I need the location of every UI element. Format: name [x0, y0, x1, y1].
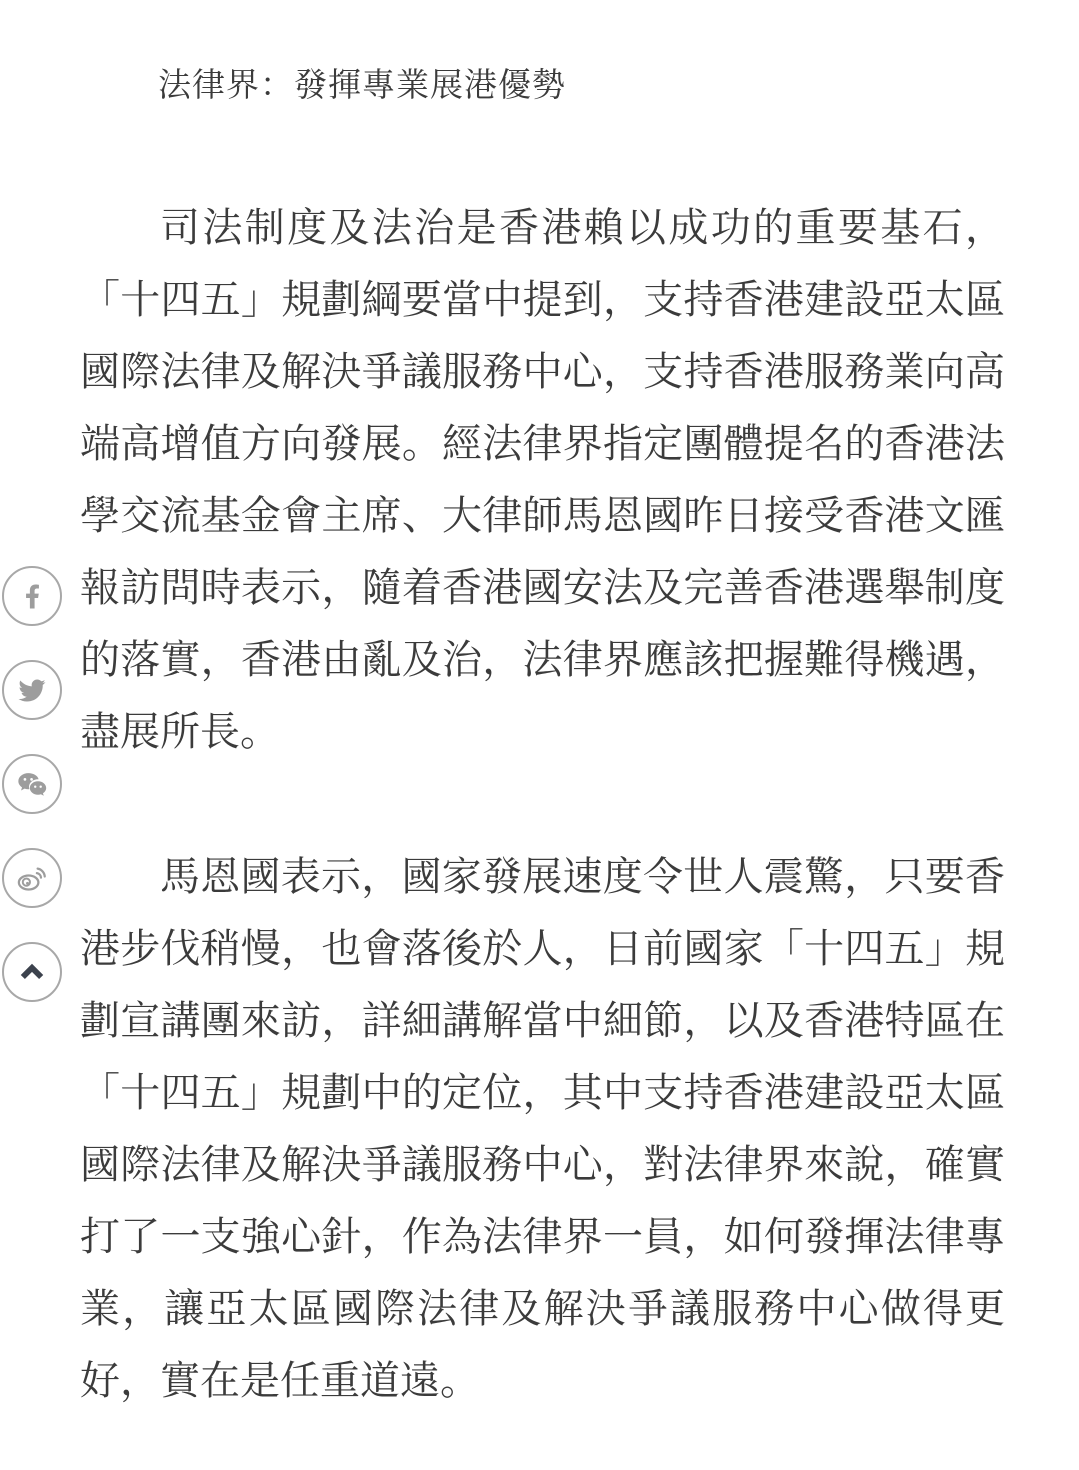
- weibo-icon: [14, 860, 50, 896]
- share-rail: [2, 566, 62, 1002]
- text-line: 盡展所長。: [80, 696, 1005, 768]
- article: 法律界：發揮專業展港優勢 司法制度及法治是香港賴以成功的重要基石，「十四五」規劃…: [80, 62, 1005, 1417]
- text-line: 報訪問時表示，隨着香港國安法及完善香港選舉制度: [80, 552, 1005, 624]
- text-line: 司法制度及法治是香港賴以成功的重要基石，: [80, 192, 1005, 264]
- article-paragraphs: 司法制度及法治是香港賴以成功的重要基石，「十四五」規劃綱要當中提到，支持香港建設…: [80, 192, 1005, 1417]
- back-to-top-button[interactable]: [2, 942, 62, 1002]
- text-line: 的落實，香港由亂及治，法律界應該把握難得機遇，: [80, 624, 1005, 696]
- article-heading: 法律界：發揮專業展港優勢: [80, 62, 1005, 108]
- paragraph: 司法制度及法治是香港賴以成功的重要基石，「十四五」規劃綱要當中提到，支持香港建設…: [80, 192, 1005, 768]
- share-twitter-button[interactable]: [2, 660, 62, 720]
- text-line: 業，讓亞太區國際法律及解決爭議服務中心做得更: [80, 1273, 1005, 1345]
- paragraph: 馬恩國表示，國家發展速度令世人震驚，只要香港步伐稍慢，也會落後於人，日前國家「十…: [80, 841, 1005, 1417]
- facebook-icon: [25, 584, 40, 609]
- share-facebook-button[interactable]: [2, 566, 62, 626]
- text-line: 學交流基金會主席、大律師馬恩國昨日接受香港文匯: [80, 480, 1005, 552]
- text-line: 端高增值方向發展。經法律界指定團體提名的香港法: [80, 408, 1005, 480]
- text-line: 好，實在是任重道遠。: [80, 1345, 1005, 1417]
- text-line: 打了一支強心針，作為法律界一員，如何發揮法律專: [80, 1201, 1005, 1273]
- share-weibo-button[interactable]: [2, 848, 62, 908]
- text-line: 港步伐稍慢，也會落後於人，日前國家「十四五」規: [80, 913, 1005, 985]
- share-wechat-button[interactable]: [2, 754, 62, 814]
- text-line: 國際法律及解決爭議服務中心，對法律界來說，確實: [80, 1129, 1005, 1201]
- text-line: 國際法律及解決爭議服務中心，支持香港服務業向高: [80, 336, 1005, 408]
- text-line: 「十四五」規劃綱要當中提到，支持香港建設亞太區: [80, 264, 1005, 336]
- wechat-icon: [14, 766, 50, 802]
- text-line: 「十四五」規劃中的定位，其中支持香港建設亞太區: [80, 1057, 1005, 1129]
- twitter-icon: [16, 677, 48, 704]
- text-line: 劃宣講團來訪，詳細講解當中細節，以及香港特區在: [80, 985, 1005, 1057]
- text-line: 馬恩國表示，國家發展速度令世人震驚，只要香: [80, 841, 1005, 913]
- chevron-up-icon: [12, 952, 52, 992]
